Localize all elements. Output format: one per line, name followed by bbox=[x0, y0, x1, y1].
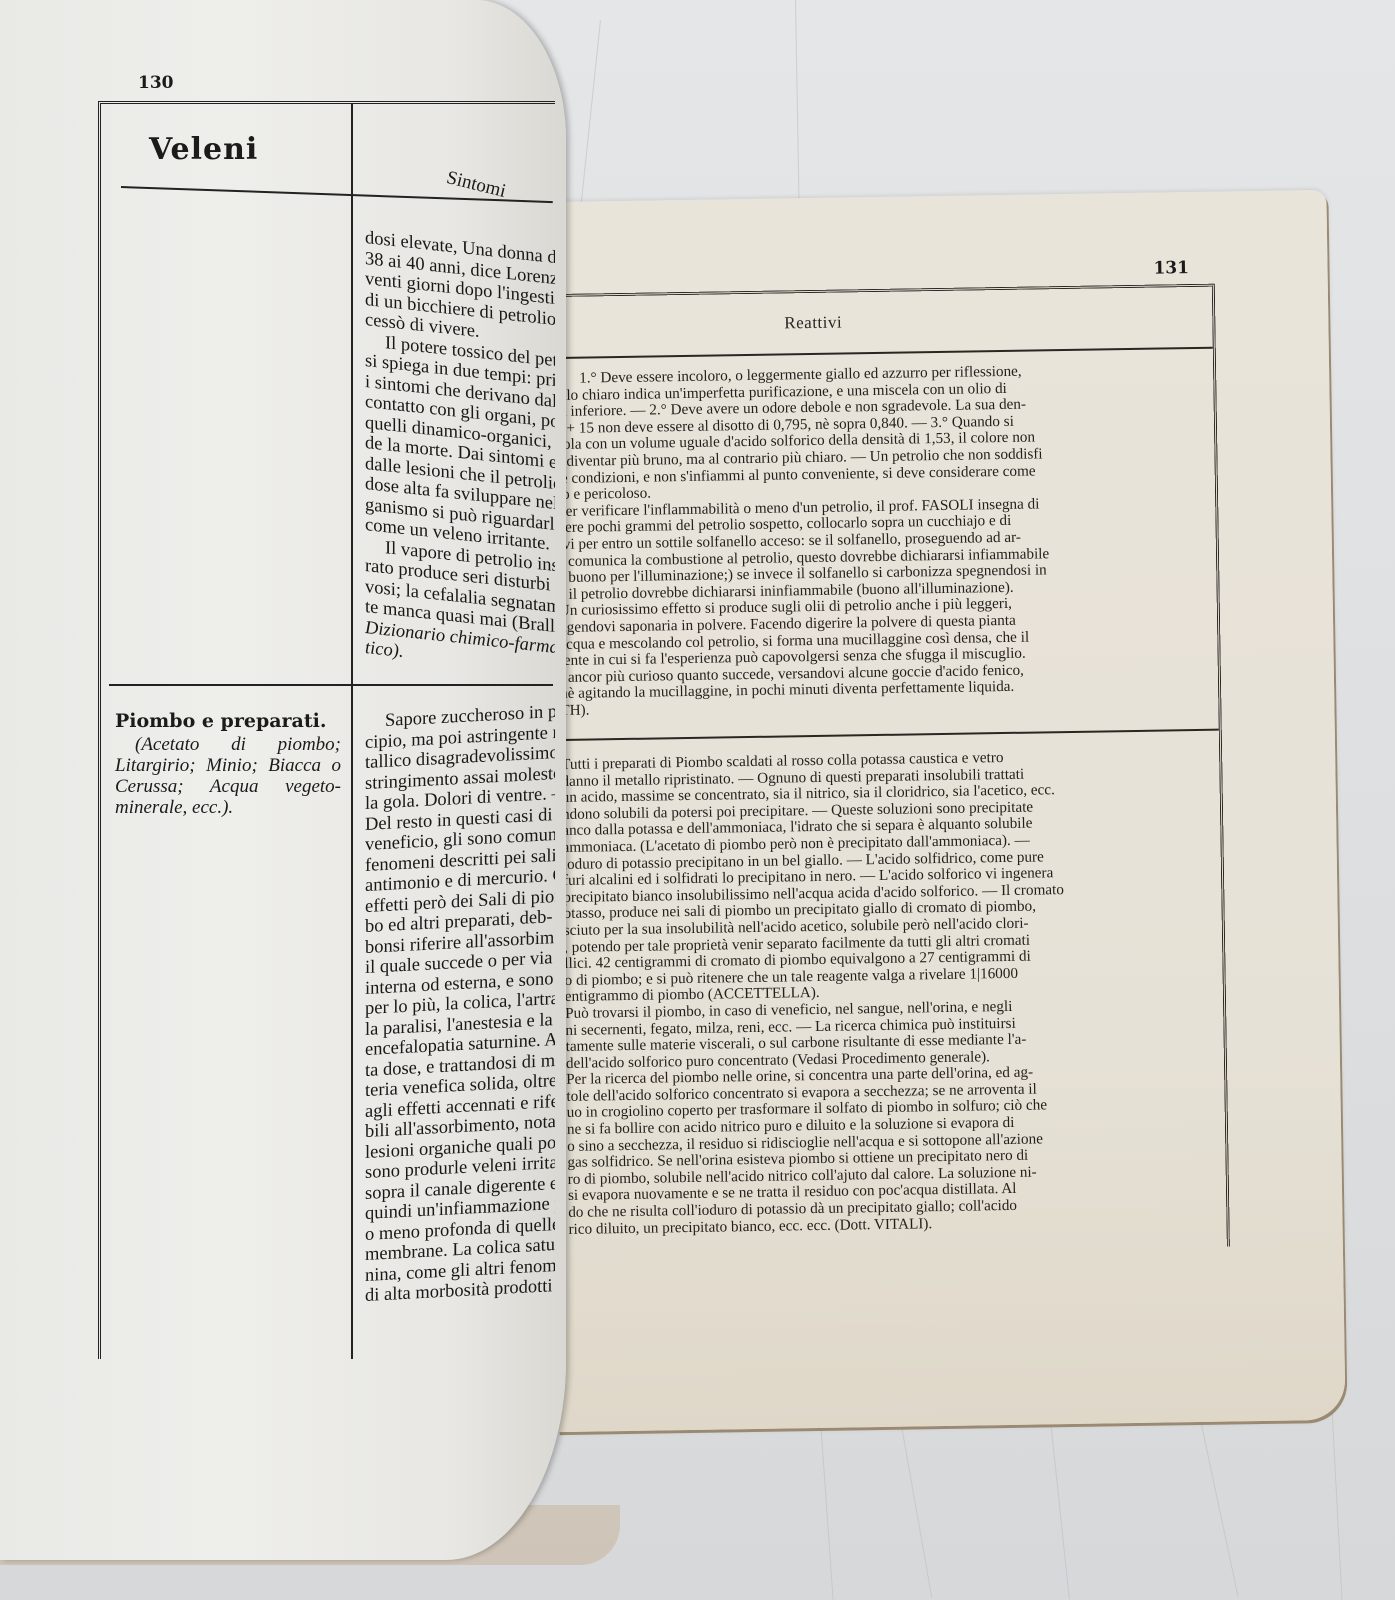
poison-entry-piombo: Piombo e preparati. (Acetato di piombo; … bbox=[115, 710, 341, 818]
piombo-reagents-text: Tutti i preparati di Piombo scaldati al … bbox=[561, 747, 1208, 1238]
poison-name: Piombo e preparati. bbox=[115, 710, 341, 732]
poison-compounds: (Acetato di piombo; Litargirio; Minio; B… bbox=[115, 734, 341, 818]
petrolio-reagents-text: 1.° Deve essere incoloro, o leggermente … bbox=[555, 361, 1200, 719]
poisons-table: Veleni Sintomi dosi elevate, Una donna d… bbox=[98, 101, 555, 1359]
background-scratch bbox=[1330, 1380, 1343, 1600]
background-scratch bbox=[820, 1420, 834, 1600]
background-scratch bbox=[1050, 1420, 1070, 1599]
column-header-reattivi: Reattivi bbox=[784, 313, 842, 334]
background-scratch bbox=[900, 1420, 932, 1597]
reagents-table: Reattivi 1.° Deve essere incoloro, o leg… bbox=[548, 284, 1230, 1257]
column-header-veleni: Veleni bbox=[149, 132, 258, 167]
left-page: 130 Veleni Sintomi dosi elevate, Una don… bbox=[0, 0, 566, 1560]
petrolio-symptoms-text: dosi elevate, Una donna di 38 ai 40 anni… bbox=[365, 228, 555, 678]
piombo-symptoms-text: Sapore zuccheroso in prin- cipio, ma poi… bbox=[365, 702, 555, 1306]
row-divider bbox=[555, 729, 1219, 741]
column-divider bbox=[351, 104, 353, 1359]
row-divider bbox=[109, 684, 553, 686]
page-number: 131 bbox=[1153, 258, 1189, 279]
table-header: Reattivi bbox=[548, 287, 1213, 359]
page-number: 130 bbox=[138, 73, 174, 93]
background-scratch bbox=[1200, 1420, 1238, 1596]
right-page: 131 Reattivi 1.° Deve essere incoloro, o… bbox=[538, 190, 1345, 1432]
